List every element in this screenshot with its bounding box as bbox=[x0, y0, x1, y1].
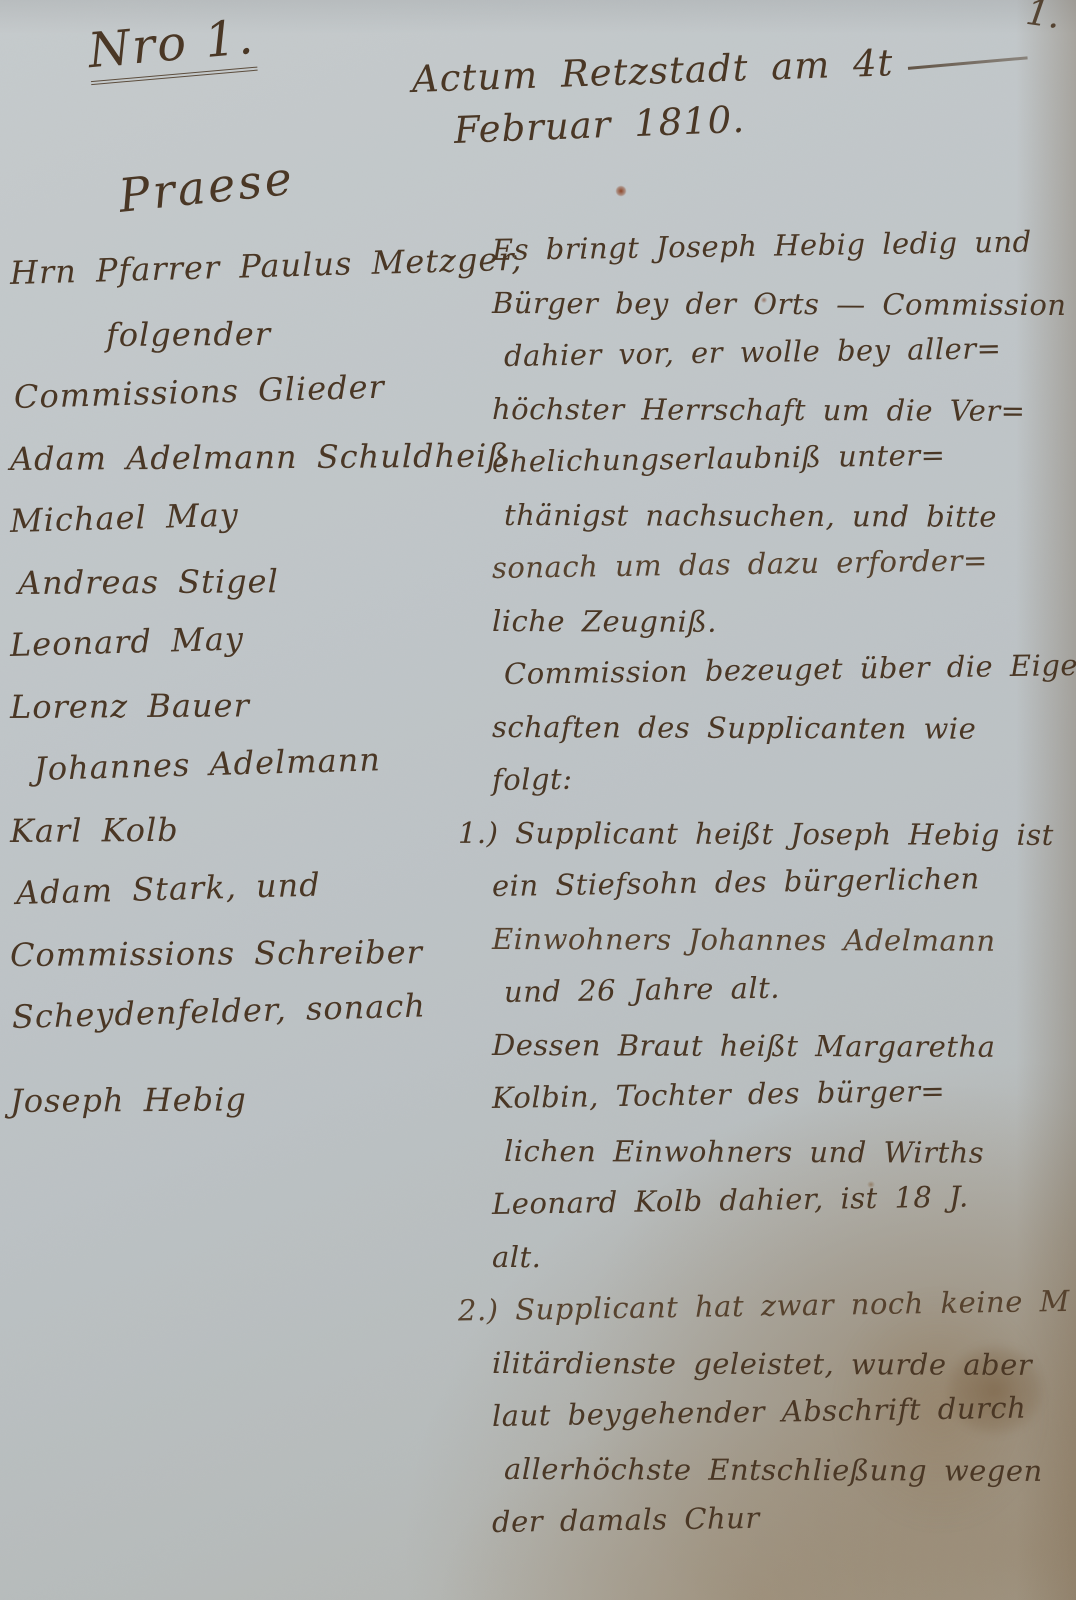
attendees-heading: Praese bbox=[116, 131, 482, 223]
body-line: und 26 Jahre alt. bbox=[504, 957, 1076, 1019]
body-line: laut beygehender Abschrift durch bbox=[492, 1381, 1076, 1443]
body-line: Commission bezeuget über die Eigen= bbox=[504, 639, 1076, 701]
manuscript-page: Nro 1. 1. Actum Retzstadt am 4t Februar … bbox=[0, 0, 1076, 1600]
attendees-column: Praese Hrn Pfarrer Paulus Metzger,folgen… bbox=[10, 150, 480, 1132]
body-line: sonach um das dazu erforder= bbox=[492, 533, 1076, 595]
entry-number-text: Nro 1. bbox=[86, 9, 258, 85]
pen-stroke bbox=[908, 56, 1028, 69]
attendees-list: Hrn Pfarrer Paulus Metzger,folgenderComm… bbox=[10, 242, 480, 1132]
entry-number: Nro 1. bbox=[86, 9, 257, 79]
body-line: ehelichungserlaubniß unter= bbox=[492, 427, 1076, 489]
body-line: folgt: bbox=[492, 745, 1076, 807]
attendee-line: Leonard May bbox=[9, 601, 481, 676]
body-line: Es bringt Joseph Hebig ledig und bbox=[492, 215, 1076, 277]
attendee-line: Joseph Hebig bbox=[10, 1067, 480, 1132]
body-line: der damals Chur bbox=[492, 1487, 1076, 1549]
attendee-line: Michael May bbox=[9, 477, 481, 552]
attendee-line: Johannes Adelmann bbox=[33, 726, 481, 800]
attendee-line: Commissions Glieder bbox=[13, 353, 481, 428]
attendee-line: Scheydenfelder, sonach bbox=[11, 973, 481, 1048]
dateline: Actum Retzstadt am 4t Februar 1810. bbox=[412, 58, 1052, 152]
attendee-line: Adam Stark, und bbox=[15, 849, 481, 924]
body-line: 2.) Supplicant hat zwar noch keine M bbox=[492, 1275, 1076, 1337]
body-line: Kolbin, Tochter des bürger= bbox=[492, 1063, 1076, 1125]
protocol-body: Es bringt Joseph Hebig ledig undBürger b… bbox=[492, 224, 1076, 1549]
attendee-line: Hrn Pfarrer Paulus Metzger, bbox=[9, 229, 481, 304]
body-line: Leonard Kolb dahier, ist 18 J. bbox=[492, 1169, 1076, 1231]
ink-spot bbox=[614, 184, 628, 198]
body-line: ein Stiefsohn des bürgerlichen bbox=[492, 851, 1076, 913]
page-number: 1. bbox=[1023, 0, 1063, 37]
body-line: dahier vor, er wolle bey aller= bbox=[504, 321, 1076, 383]
